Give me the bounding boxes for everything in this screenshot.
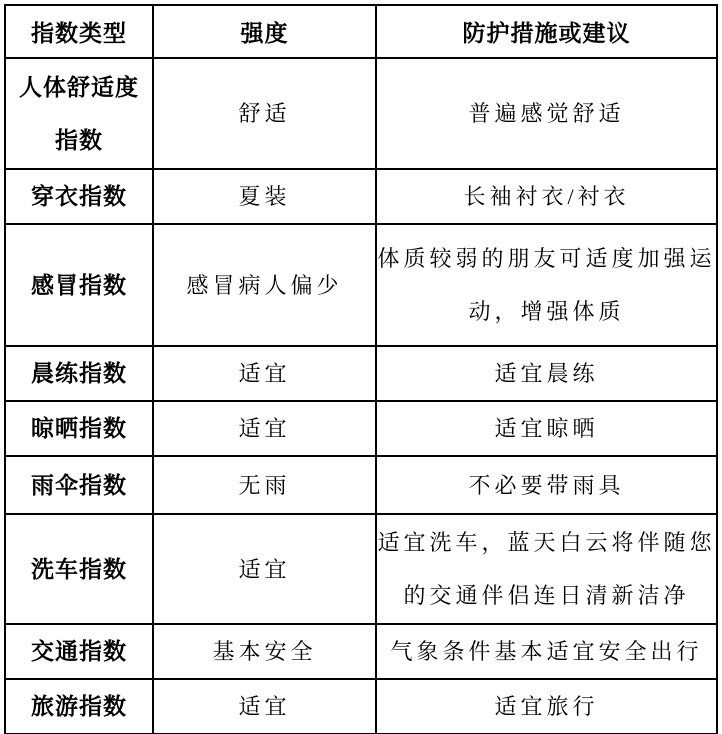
header-intensity: 强度 [153,5,376,58]
advice-cell: 气象条件基本适宜安全出行 [376,624,717,679]
table-row-drying-index: 晾晒指数 适宜 适宜晾晒 [5,401,717,456]
intensity-cell: 适宜 [153,679,376,734]
index-type-cell: 雨伞指数 [5,456,153,514]
intensity-cell: 基本安全 [153,624,376,679]
advice-cell: 适宜晨练 [376,346,717,401]
intensity-cell: 适宜 [153,401,376,456]
intensity-cell: 无雨 [153,456,376,514]
header-advice: 防护措施或建议 [376,5,717,58]
index-type-cell: 旅游指数 [5,679,153,734]
index-type-cell: 晨练指数 [5,346,153,401]
index-type-cell: 晾晒指数 [5,401,153,456]
index-type-cell: 感冒指数 [5,224,153,346]
advice-cell: 适宜洗车，蓝天白云将伴随您 的交通伴侣连日清新洁净 [376,514,717,624]
intensity-cell: 适宜 [153,514,376,624]
advice-cell: 适宜晾晒 [376,401,717,456]
index-type-cell: 穿衣指数 [5,169,153,224]
table-row-car-washing-index: 洗车指数 适宜 适宜洗车，蓝天白云将伴随您 的交通伴侣连日清新洁净 [5,514,717,624]
advice-cell: 不必要带雨具 [376,456,717,514]
table-row-morning-exercise-index: 晨练指数 适宜 适宜晨练 [5,346,717,401]
advice-cell: 适宜旅行 [376,679,717,734]
advice-cell: 长袖衬衣/衬衣 [376,169,717,224]
index-type-cell: 洗车指数 [5,514,153,624]
table-row-cold-index: 感冒指数 感冒病人偏少 体质较弱的朋友可适度加强运 动，增强体质 [5,224,717,346]
table-row-traffic-index: 交通指数 基本安全 气象条件基本适宜安全出行 [5,624,717,679]
advice-cell: 普遍感觉舒适 [376,58,717,169]
table-header-row: 指数类型 强度 防护措施或建议 [5,5,717,58]
index-type-cell: 人体舒适度 指数 [5,58,153,169]
table-row-umbrella-index: 雨伞指数 无雨 不必要带雨具 [5,456,717,514]
intensity-cell: 舒适 [153,58,376,169]
intensity-cell: 夏装 [153,169,376,224]
table-row-dressing-index: 穿衣指数 夏装 长袖衬衣/衬衣 [5,169,717,224]
table-row-travel-index: 旅游指数 适宜 适宜旅行 [5,679,717,734]
intensity-cell: 适宜 [153,346,376,401]
advice-cell: 体质较弱的朋友可适度加强运 动，增强体质 [376,224,717,346]
index-type-cell: 交通指数 [5,624,153,679]
header-index-type: 指数类型 [5,5,153,58]
intensity-cell: 感冒病人偏少 [153,224,376,346]
weather-index-table: 指数类型 强度 防护措施或建议 人体舒适度 指数 舒适 普遍感觉舒适 穿衣指数 … [4,4,718,734]
table-row-comfort-index: 人体舒适度 指数 舒适 普遍感觉舒适 [5,58,717,169]
